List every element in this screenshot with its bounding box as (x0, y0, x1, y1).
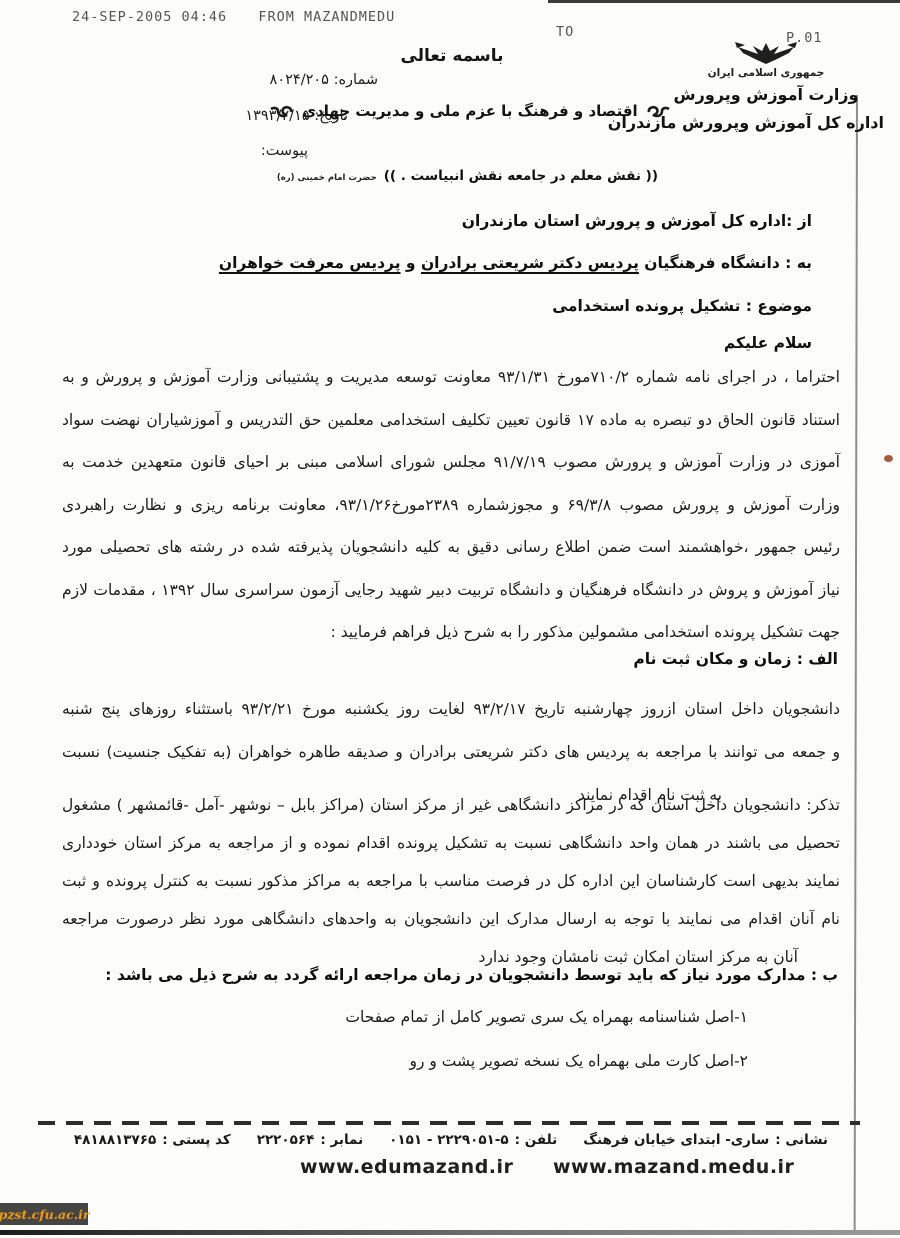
letterhead-country: جمهوری اسلامی ایران (648, 67, 884, 79)
fax-value: ۲۲۲۰۵۶۴ (257, 1132, 315, 1148)
phone-label: تلفن : (515, 1132, 558, 1148)
scan-bottom-edge-line (0, 1230, 900, 1235)
slogan-text: اقتصاد و فرهنگ با عزم ملی و مدیریت جهادی (302, 102, 637, 120)
paragraph-line: نیاز آموزش و پروش در دانشگاه فرهنگیان و … (62, 569, 840, 612)
subject-line: موضوع : تشکیل پرونده استخدامی (552, 297, 812, 315)
main-paragraph: احتراما ، در اجرای نامه شماره ۷۱۰/۲مورخ … (62, 356, 840, 654)
footer-website-2: www.mazand.medu.ir (553, 1156, 794, 1178)
to-campus-sisters: پردیس معرفت خواهران (219, 254, 401, 272)
footer-fax: نمابر : ۲۲۲۰۵۶۴ (257, 1132, 363, 1148)
paragraph-line: نمایند بدیهی است کارشناسان این اداره کل … (62, 862, 840, 900)
imam-quote: (( نقش معلم در جامعه نقش انبیاست . )) حض… (252, 168, 658, 184)
letter-number-line: شماره: ۸۰۲۴/۲۰۵ (270, 72, 378, 88)
phone-value: ۰۱۵۱ - ۲۲۲۹۰۵۱-۵ (389, 1132, 508, 1148)
to-prefix: به : دانشگاه فرهنگیان (639, 254, 812, 272)
postal-value: ۴۸۱۸۸۱۳۷۶۵ (74, 1132, 156, 1148)
from-line: از :اداره کل آموزش و پرورش استان مازندرا… (462, 212, 812, 230)
section-a-title: الف : زمان و مکان ثبت نام (633, 650, 838, 668)
site-watermark: pzst.cfu.ac.ir (0, 1203, 88, 1225)
number-value: ۸۰۲۴/۲۰۵ (270, 72, 329, 88)
footer-dashed-rule (38, 1121, 860, 1125)
address-label: نشانی : (775, 1132, 828, 1148)
section-b-title: ب : مدارک مورد نیاز که باید توسط دانشجوی… (105, 966, 838, 984)
slogan-ornament-icon (269, 105, 293, 118)
paragraph-line: و جمعه می توانند با مراجعه به پردیس های … (62, 731, 840, 774)
footer-address: نشانی : ساری- ابتدای خیابان فرهنگ (583, 1132, 828, 1148)
footer-phone: تلفن : ۰۱۵۱ - ۲۲۲۹۰۵۱-۵ (389, 1132, 557, 1148)
footer-postal: کد پستی : ۴۸۱۸۸۱۳۷۶۵ (74, 1132, 231, 1148)
watermark-text: pzst.cfu.ac.ir (0, 1207, 89, 1222)
address-value: ساری- ابتدای خیابان فرهنگ (583, 1132, 769, 1148)
paragraph-line: تذکر: دانشجویان داخل استان که در مراکز د… (62, 786, 840, 824)
paragraph-line: استناد قانون الحاق دو تبصره به ماده ۱۷ ق… (62, 399, 840, 442)
paragraph-line: آموزی در وزارت آموزش و پرورش مصوب ۹۱/۷/۱… (62, 441, 840, 484)
paragraph-line: وزارت آموزش و پرورش مصوب ۶۹/۳/۸ و مجوزشم… (62, 484, 840, 527)
letter-attachment-line: پیوست: (261, 143, 308, 159)
besmele-heading: باسمه تعالی (372, 46, 532, 66)
to-campus-brothers: پردیس دکتر شریعتی برادران (421, 254, 639, 272)
note-paragraph: تذکر: دانشجویان داخل استان که در مراکز د… (62, 786, 840, 976)
number-label: شماره: (334, 72, 378, 88)
paragraph-line: احتراما ، در اجرای نامه شماره ۷۱۰/۲مورخ … (62, 356, 840, 399)
slogan-ornament-icon (647, 105, 671, 118)
scan-vertical-line (854, 95, 858, 1230)
iran-national-emblem-icon (734, 38, 798, 65)
paragraph-line: دانشجویان داخل استان ازروز چهارشنبه تاری… (62, 688, 840, 731)
fax-to-label: TO (556, 24, 574, 40)
letterhead-department: اداره کل آموزش وپرورش مازندران (648, 113, 884, 132)
fax-datetime: 24-SEP-2005 04:46 (72, 9, 227, 25)
fax-from: FROM MAZANDMEDU (258, 9, 395, 25)
paragraph-line: رئیس جمهور ،خواهشمند است ضمن اطلاع رسانی… (62, 526, 840, 569)
to-conjunction: و (401, 254, 421, 272)
scan-top-edge-line (548, 0, 900, 3)
quote-attribution: حضرت امام خمینی (ره) (277, 173, 377, 183)
footer-website-1: www.edumazand.ir (300, 1156, 513, 1178)
scan-red-dot (884, 455, 893, 462)
paragraph-line: جهت تشکیل پرونده استخدامی مشمولین مذکور … (62, 611, 840, 654)
document-item-2: ۲-اصل کارت ملی بهمراه یک نسخه تصویر پشت … (410, 1052, 749, 1070)
year-slogan: اقتصاد و فرهنگ با عزم ملی و مدیریت جهادی (268, 102, 672, 120)
fax-label: نمابر : (320, 1132, 363, 1148)
attachment-label: پیوست: (261, 143, 308, 159)
to-line: به : دانشگاه فرهنگیان پردیس دکتر شریعتی … (219, 254, 812, 272)
document-item-1: ۱-اصل شناسنامه بهمراه یک سری تصویر کامل … (345, 1008, 748, 1026)
fax-header: 24-SEP-2005 04:46 FROM MAZANDMEDU (72, 9, 395, 25)
quote-text: (( نقش معلم در جامعه نقش انبیاست . )) (384, 168, 658, 184)
letterhead: جمهوری اسلامی ایران وزارت آموزش وپرورش ا… (648, 38, 884, 132)
paragraph-line: نام آنان اقدام می نمایند با توجه به ارسا… (62, 900, 840, 938)
footer-contact-line: نشانی : ساری- ابتدای خیابان فرهنگ تلفن :… (74, 1132, 828, 1148)
scanned-letter-page: 24-SEP-2005 04:46 FROM MAZANDMEDU TO P.0… (0, 0, 900, 1238)
postal-label: کد پستی : (162, 1132, 230, 1148)
letterhead-ministry: وزارت آموزش وپرورش (648, 85, 884, 104)
paragraph-line: تحصیل می باشند در همان واحد دانشگاهی نسب… (62, 824, 840, 862)
salutation: سلام علیکم (724, 334, 812, 352)
